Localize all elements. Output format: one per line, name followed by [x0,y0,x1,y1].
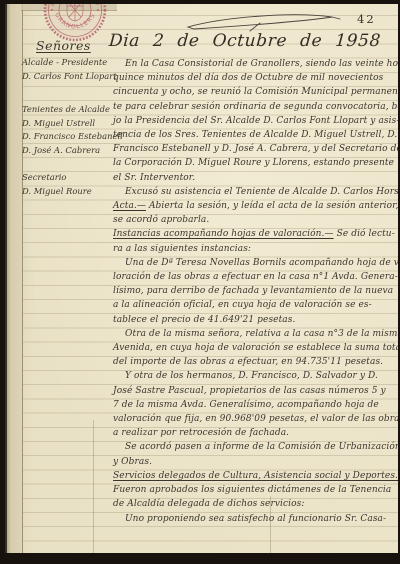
manuscript-line: Y otra de los hermanos, D. Francisco, D.… [113,369,397,383]
manuscript-line: En la Casa Consistorial de Granollers, s… [113,57,397,71]
attendee-name: D. Carlos Font Llopart [22,70,116,84]
margin-role-label: Secretario [22,171,116,185]
manuscript-line: la Corporación D. Miguel Roure y Llorens… [113,156,397,170]
attendees-margin-column: Señores Alcalde - PresidenteD. Carlos Fo… [22,38,116,198]
manuscript-line: Otra de la misma señora, relativa a la c… [113,327,397,341]
manuscript-line: Servicios delegados de Cultura, Asistenc… [113,469,397,483]
margin-groups: Alcalde - PresidenteD. Carlos Font Llopa… [22,56,116,198]
manuscript-line: Se acordó pasen a informe de la Comisión… [113,440,397,454]
manuscript-line: Uno proponiendo sea satisfecho al funcio… [113,512,397,526]
manuscript-line: tablece el precio de 41.649'21 pesetas. [113,313,397,327]
manuscript-line: de Alcaldía delegada de dichos servicios… [113,497,397,511]
manuscript-line: te para celebrar sesión ordinaria de seg… [113,100,397,114]
manuscript-line: José Sastre Pascual, propietarios de las… [113,384,397,398]
underlined-section-heading: Acta.— [113,201,146,211]
paper-crease [93,420,94,553]
session-date-title: Dia 2 de Octubre de 1958 [108,31,381,51]
margin-group: Tenientes de AlcaldeD. Miguel UstrellD. … [22,103,116,157]
attendee-name: D. Miguel Roure [22,185,116,199]
body-text: En la Casa Consistorial de Granollers, s… [113,57,397,526]
manuscript-line: Avenida, en cuya hoja de valoración se e… [113,341,397,355]
attendee-name: D. José A. Cabrera [22,144,116,158]
book-binding-edge [5,4,23,553]
margin-role-label: Alcalde - Presidente [22,56,116,70]
manuscript-line: valoración que fija, en 90.968'09 peseta… [113,412,397,426]
manuscript-line: ra a las siguientes instancias: [113,242,397,256]
manuscript-line: Francisco Estebanell y D. José A. Cabrer… [113,142,397,156]
manuscript-photo: AYUNTAMIENTO GRANOLLERS 42 Dia 2 de Octu… [0,0,400,564]
pen-flourish-mark [180,6,345,34]
manuscript-line: lísimo, para derribo de fachada y levant… [113,284,397,298]
manuscript-line: del importe de las obras a efectuar, en … [113,355,397,369]
manuscript-line: y Obras. [113,455,397,469]
margin-heading: Señores [36,38,116,53]
manuscript-line: Fueron aprobados los siguientes dictámen… [113,483,397,497]
manuscript-line: loración de las obras a efectuar en la c… [113,270,397,284]
margin-group: SecretarioD. Miguel Roure [22,171,116,198]
attendee-name: D. Francisco Estebanell [22,130,116,144]
manuscript-line: Acta.— Abierta la sesión, y leída el act… [113,199,397,213]
manuscript-line: se acordó aprobarla. [113,213,397,227]
manuscript-line: 7 de la misma Avda. Generalísimo, acompa… [113,398,397,412]
manuscript-line: quince minutos del día dos de Octubre de… [113,71,397,85]
manuscript-line: Excusó su asistencia el Teniente de Alca… [113,185,397,199]
manuscript-page: AYUNTAMIENTO GRANOLLERS 42 Dia 2 de Octu… [5,4,398,553]
underlined-section-heading: Servicios delegados de Cultura, Asistenc… [113,471,398,481]
page-number: 42 [357,12,376,26]
margin-role-label: Tenientes de Alcalde [22,103,116,117]
manuscript-line: el Sr. Interventor. [113,171,397,185]
manuscript-line: a la alineación oficial, en cuya hoja de… [113,298,397,312]
margin-group: Alcalde - PresidenteD. Carlos Font Llopa… [22,56,116,83]
underlined-section-heading: Instancias acompañando hojas de valoraci… [113,229,334,239]
attendee-name: D. Miguel Ustrell [22,117,116,131]
manuscript-line: Una de Dª Teresa Novellas Bornils acompa… [113,256,397,270]
manuscript-line: cincuenta y ocho, se reunió la Comisión … [113,85,397,99]
manuscript-line: Instancias acompañando hojas de valoraci… [113,227,397,241]
manuscript-line: tencia de los Sres. Tenientes de Alcalde… [113,128,397,142]
manuscript-line: a realizar por retrocesión de fachada. [113,426,397,440]
manuscript-line: jo la Presidencia del Sr. Alcalde D. Car… [113,114,397,128]
